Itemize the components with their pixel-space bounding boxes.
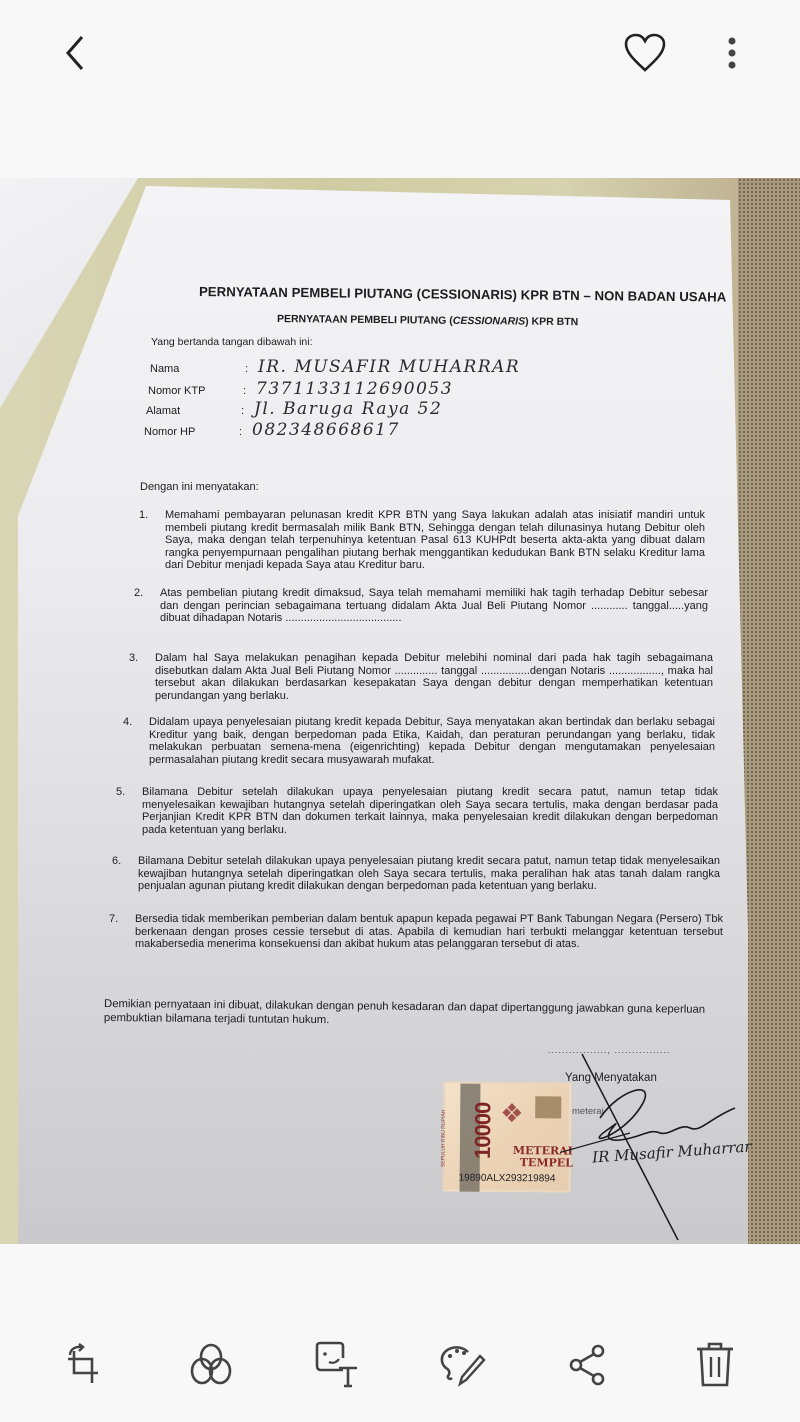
edit-button[interactable] [59,1340,109,1390]
draw-button[interactable] [438,1340,488,1390]
top-app-bar [0,0,800,178]
statement-item: 4. Didalam upaya penyelesaian piutang kr… [149,716,715,766]
statement-item: 3. Dalam hal Saya melakukan penagihan ke… [155,652,713,702]
filters-button[interactable] [186,1340,236,1390]
share-icon [568,1343,608,1387]
bottom-toolbar [0,1244,800,1422]
revenue-stamp: SEPULUH RIBU RUPIAH 10000 ❖ METERAI TEMP… [443,1081,572,1192]
document-title: PERNYATAAN PEMBELI PIUTANG (CESSIONARIS)… [199,284,727,305]
more-options-button[interactable] [712,28,752,78]
trash-icon [695,1342,735,1388]
photo-viewer[interactable]: PERNYATAAN PEMBELI PIUTANG (CESSIONARIS)… [0,178,800,1244]
handwritten-value: Jl. Baruga Raya 52 [254,399,442,419]
handwritten-value: IR. MUSAFIR MUHARRAR [258,357,520,377]
statement-item: 6. Bilamana Debitur setelah dilakukan up… [138,855,720,893]
rotate-crop-icon [62,1343,106,1387]
document-subtitle: PERNYATAAN PEMBELI PIUTANG (CESSIONARIS)… [277,313,578,328]
delete-button[interactable] [690,1340,740,1390]
share-button[interactable] [563,1340,613,1390]
garuda-emblem-icon: ❖ [500,1098,524,1129]
filter-icon [187,1343,235,1387]
statement-item: 2. Atas pembelian piutang kredit dimaksu… [160,587,708,625]
palette-brush-icon [438,1342,488,1388]
chevron-left-icon [60,33,90,73]
intro-text: Yang bertanda tangan dibawah ini: [151,336,313,348]
favorite-button[interactable] [618,28,672,78]
statement-item: 7. Bersedia tidak memberikan pemberian d… [135,913,723,951]
stamp-serial: 19890ALX293219894 [459,1173,556,1185]
statement-item: 1. Memahami pembayaran pelunasan kredit … [165,509,705,572]
closing-statement: Demikian pernyataan ini dibuat, dilakuka… [104,998,712,1031]
decorate-button[interactable] [313,1340,363,1390]
document-content: PERNYATAAN PEMBELI PIUTANG (CESSIONARIS)… [0,178,800,1244]
sticker-text-icon [313,1340,363,1390]
stamp-value: 10000 [470,1103,496,1159]
more-vertical-icon [726,33,738,73]
heart-outline-icon [623,33,667,73]
handwritten-value: 082348668617 [252,420,400,440]
handwritten-value: 7371133112690053 [256,379,453,399]
statement-intro: Dengan ini menyatakan: [140,481,259,493]
back-button[interactable] [50,28,100,78]
statement-item: 5. Bilamana Debitur setelah dilakukan up… [142,786,718,836]
